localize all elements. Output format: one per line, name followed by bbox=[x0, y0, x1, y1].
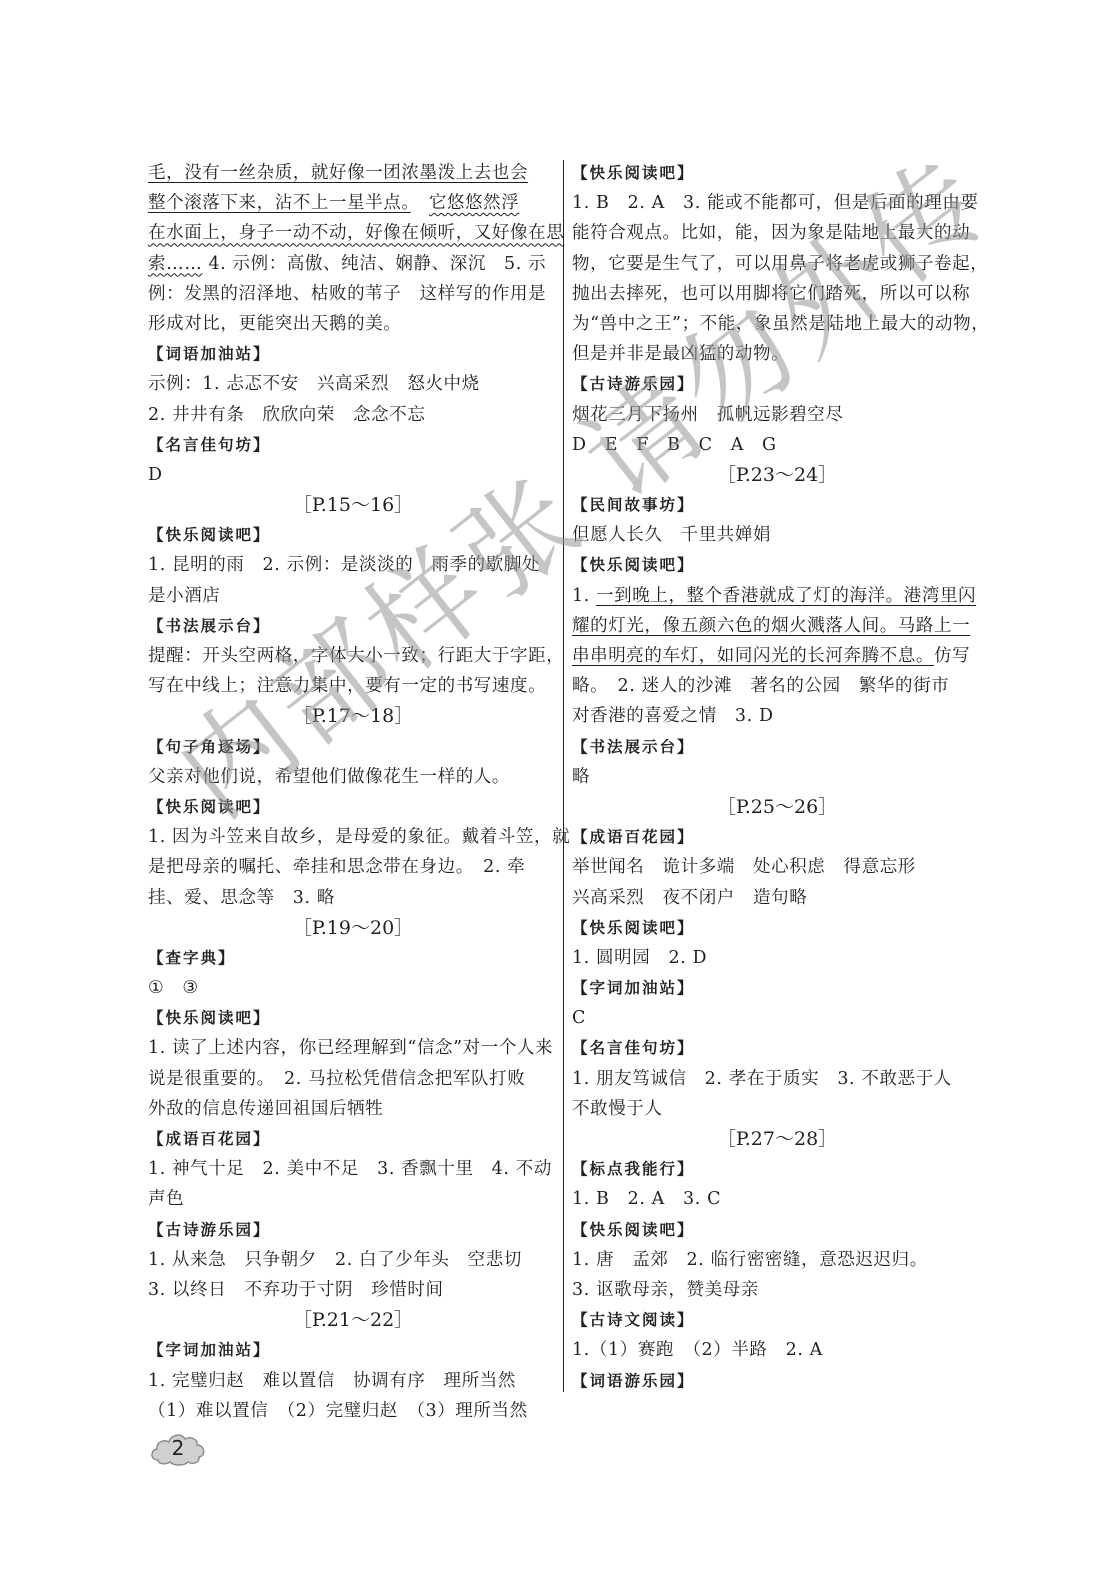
underlined-text: 串串明亮的车灯，如同闪光的长河奔腾不息。 bbox=[572, 646, 934, 666]
answer-line: 1. B 2. A 3. C bbox=[572, 1184, 982, 1214]
section-heading: 【书法展示台】 bbox=[148, 611, 558, 641]
section-heading: 【快乐阅读吧】 bbox=[572, 158, 982, 188]
answer-line: 1. 圆明园 2. D bbox=[572, 943, 982, 973]
answer-line: 但是并非是最凶猛的动物。 bbox=[572, 339, 982, 369]
underlined-answer-line: 1. 一到晚上，整个香港就成了灯的海洋。港湾里闪 bbox=[572, 581, 982, 611]
underlined-answer-line: 串串明亮的车灯，如同闪光的长河奔腾不息。仿写 bbox=[572, 641, 982, 671]
right-answer-blocks: 【快乐阅读吧】1. B 2. A 3. 能或不能都可，但是后面的理由要能符合观点… bbox=[572, 158, 982, 1396]
answer-line: 1. 昆明的雨 2. 示例：是淡淡的 雨季的歇脚处 bbox=[148, 550, 558, 580]
answer-line: 1.（1）赛跑 （2）半路 2. A bbox=[572, 1335, 982, 1365]
section-heading: 【快乐阅读吧】 bbox=[572, 913, 982, 943]
answer-line: 是把母亲的嘱托、牵挂和思念带在身边。 2. 牵 bbox=[148, 852, 558, 882]
section-heading: 【字词加油站】 bbox=[572, 973, 982, 1003]
answer-line: 1. 神气十足 2. 美中不足 3. 香飘十里 4. 不动 bbox=[148, 1154, 558, 1184]
answer-line: 1. 读了上述内容，你已经理解到“信念”对一个人来 bbox=[148, 1033, 558, 1063]
answer-line: ① ③ bbox=[148, 973, 558, 1003]
right-column: 【快乐阅读吧】1. B 2. A 3. 能或不能都可，但是后面的理由要能符合观点… bbox=[572, 158, 982, 1396]
answer-line: D bbox=[148, 460, 558, 490]
answer-line: 写在中线上；注意力集中，要有一定的书写速度。 bbox=[148, 671, 558, 701]
intro-line-4: 索…… 4. 示例：高傲、纯洁、娴静、深沉 5. 示 bbox=[148, 249, 558, 279]
answer-line: 3. 讴歌母亲，赞美母亲 bbox=[572, 1275, 982, 1305]
section-heading: 【快乐阅读吧】 bbox=[572, 1215, 982, 1245]
intro-line-6: 形成对比，更能突出天鹅的美。 bbox=[148, 309, 558, 339]
page-range-label: ［P.27～28］ bbox=[572, 1124, 982, 1154]
answer-line: 提醒：开头空两格，字体大小一致；行距大于字距， bbox=[148, 641, 558, 671]
answer-line: 但愿人长久 千里共婵娟 bbox=[572, 520, 982, 550]
answer-line: 1. B 2. A 3. 能或不能都可，但是后面的理由要 bbox=[572, 188, 982, 218]
page-range-label: ［P.15～16］ bbox=[148, 490, 558, 520]
section-heading: 【字词加油站】 bbox=[148, 1335, 558, 1365]
left-answer-blocks: 【词语加油站】示例：1. 忐忑不安 兴高采烈 怒火中烧2. 井井有条 欣欣向荣 … bbox=[148, 339, 558, 1426]
section-heading: 【名言佳句坊】 bbox=[572, 1033, 982, 1063]
answer-line: 说是很重要的。 2. 马拉松凭借信念把军队打败 bbox=[148, 1064, 558, 1094]
section-heading: 【成语百花园】 bbox=[148, 1124, 558, 1154]
answer-line: 外敌的信息传递回祖国后牺牲 bbox=[148, 1094, 558, 1124]
answer-line: 1. 因为斗笠来自故乡，是母爱的象征。戴着斗笠，就 bbox=[148, 822, 558, 852]
section-heading: 【古诗文阅读】 bbox=[572, 1305, 982, 1335]
section-heading: 【快乐阅读吧】 bbox=[572, 550, 982, 580]
underlined-answer-line: 耀的灯光，像五颜六色的烟火溅落人间。马路上一 bbox=[572, 611, 982, 641]
intro-line-3: 在水面上，身子一动不动，好像在倾听，又好像在思 bbox=[148, 218, 558, 248]
answer-line: 示例：1. 忐忑不安 兴高采烈 怒火中烧 bbox=[148, 369, 558, 399]
intro-line-5: 例：发黑的沼泽地、枯败的苇子 这样写的作用是 bbox=[148, 279, 558, 309]
answer-line: 1. 唐 孟郊 2. 临行密密缝，意恐迟迟归。 bbox=[572, 1245, 982, 1275]
intro-line-1: 毛，没有一丝杂质，就好像一团浓墨泼上去也会 bbox=[148, 158, 558, 188]
underlined-text: 整个滚落下来，沾不上一星半点。 bbox=[148, 193, 411, 213]
answer-suffix: 仿写 bbox=[934, 646, 970, 666]
answer-key-page: 毛，没有一丝杂质，就好像一团浓墨泼上去也会 整个滚落下来，沾不上一星半点。 它悠… bbox=[0, 0, 1110, 1571]
underlined-text: 耀的灯光，像五颜六色的烟火溅落人间。马路上一 bbox=[572, 616, 970, 636]
section-heading: 【词语游乐园】 bbox=[572, 1366, 982, 1396]
answer-line: 不敢慢于人 bbox=[572, 1094, 982, 1124]
section-heading: 【书法展示台】 bbox=[572, 732, 982, 762]
section-heading: 【词语加油站】 bbox=[148, 339, 558, 369]
section-heading: 【古诗游乐园】 bbox=[148, 1215, 558, 1245]
answer-line: 兴高采烈 夜不闭户 造句略 bbox=[572, 883, 982, 913]
intro-line-2: 整个滚落下来，沾不上一星半点。 它悠悠然浮 bbox=[148, 188, 558, 218]
page-range-label: ［P.19～20］ bbox=[148, 913, 558, 943]
answer-line: 1. 从来急 只争朝夕 2. 白了少年头 空悲切 bbox=[148, 1245, 558, 1275]
page-range-label: ［P.23～24］ bbox=[572, 460, 982, 490]
answer-line: 声色 bbox=[148, 1184, 558, 1214]
answer-line: 父亲对他们说，希望他们做像花生一样的人。 bbox=[148, 762, 558, 792]
section-heading: 【古诗游乐园】 bbox=[572, 369, 982, 399]
answer-line: 2. 井井有条 欣欣向荣 念念不忘 bbox=[148, 400, 558, 430]
wavy-underlined-text: 索…… bbox=[148, 254, 202, 274]
section-heading: 【标点我能行】 bbox=[572, 1154, 982, 1184]
answer-line: 能符合观点。比如，能，因为象是陆地上最大的动 bbox=[572, 218, 982, 248]
answer-line: 是小酒店 bbox=[148, 581, 558, 611]
section-heading: 【句子角逐场】 bbox=[148, 732, 558, 762]
answer-line: 抛出去摔死，也可以用脚将它们踏死，所以可以称 bbox=[572, 279, 982, 309]
answer-line: 为“兽中之王”；不能，象虽然是陆地上最大的动物， bbox=[572, 309, 982, 339]
answer-line: 举世闻名 诡计多端 处心积虑 得意忘形 bbox=[572, 852, 982, 882]
section-heading: 【查字典】 bbox=[148, 943, 558, 973]
underlined-text: 一到晚上，整个香港就成了灯的海洋。港湾里闪 bbox=[596, 586, 976, 606]
answer-line: 对香港的喜爱之情 3. D bbox=[572, 701, 982, 731]
answer-text: 4. 示例：高傲、纯洁、娴静、深沉 5. 示 bbox=[202, 254, 546, 274]
answer-line: C bbox=[572, 1003, 982, 1033]
answer-line: D E F B C A G bbox=[572, 430, 982, 460]
answer-line: 物，它要是生气了，可以用鼻子将老虎或狮子卷起， bbox=[572, 249, 982, 279]
answer-line: 略 bbox=[572, 762, 982, 792]
left-column: 毛，没有一丝杂质，就好像一团浓墨泼上去也会 整个滚落下来，沾不上一星半点。 它悠… bbox=[148, 158, 558, 1426]
section-heading: 【成语百花园】 bbox=[572, 822, 982, 852]
wavy-underlined-text: 它悠悠然浮 bbox=[429, 193, 520, 213]
answer-prefix: 1. bbox=[572, 586, 596, 606]
answer-line: 1. 完璧归赵 难以置信 协调有序 理所当然 bbox=[148, 1366, 558, 1396]
section-heading: 【快乐阅读吧】 bbox=[148, 1003, 558, 1033]
section-heading: 【民间故事坊】 bbox=[572, 490, 982, 520]
section-heading: 【快乐阅读吧】 bbox=[148, 520, 558, 550]
answer-line: 烟花三月下扬州 孤帆远影碧空尽 bbox=[572, 400, 982, 430]
page-number: 2 bbox=[148, 1432, 208, 1464]
answer-line: 3. 以终日 不弃功于寸阴 珍惜时间 bbox=[148, 1275, 558, 1305]
section-heading: 【快乐阅读吧】 bbox=[148, 792, 558, 822]
page-range-label: ［P.25～26］ bbox=[572, 792, 982, 822]
answer-line: （1）难以置信 （2）完璧归赵 （3）理所当然 bbox=[148, 1396, 558, 1426]
section-heading: 【名言佳句坊】 bbox=[148, 430, 558, 460]
page-range-label: ［P.21～22］ bbox=[148, 1305, 558, 1335]
page-range-label: ［P.17～18］ bbox=[148, 701, 558, 731]
answer-line: 略。 2. 迷人的沙滩 著名的公园 繁华的街市 bbox=[572, 671, 982, 701]
column-divider bbox=[563, 160, 564, 1392]
answer-line: 1. 朋友笃诚信 2. 孝在于质实 3. 不敢恶于人 bbox=[572, 1064, 982, 1094]
answer-line: 挂、爱、思念等 3. 略 bbox=[148, 883, 558, 913]
